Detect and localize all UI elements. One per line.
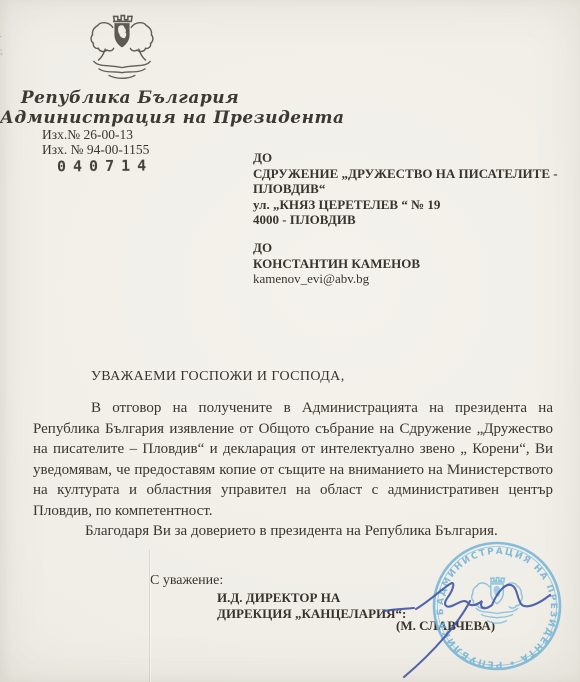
recipient-person-name: КОНСТАНТИН КАМЕНОВ: [253, 256, 561, 272]
margin-scribble: ·/′ ·׳ᵉ: [0, 26, 6, 58]
outgoing-ref-number-1: Изх.№ 26-00-13: [42, 127, 133, 143]
paper-fold-line: [149, 550, 150, 682]
recipient-org-street: ул. „КНЯЗ ЦЕРЕТЕЛЕВ “ № 19: [253, 197, 561, 213]
salutation: УВАЖАЕМИ ГОСПОЖИ И ГОСПОДА,: [91, 369, 345, 385]
coat-of-arms-icon: [80, 12, 164, 88]
recipient-org-city: 4000 - ПЛОВДИВ: [253, 212, 561, 228]
recipient-org-name: СДРУЖЕНИЕ „ДРУЖЕСТВО НА ПИСАТЕЛИТЕ - ПЛО…: [253, 166, 561, 197]
recipient-organization-block: ДО СДРУЖЕНИЕ „ДРУЖЕСТВО НА ПИСАТЕЛИТЕ - …: [253, 150, 561, 228]
closing-phrase: С уважение:: [150, 573, 223, 589]
registration-stamp-number: 040714: [57, 156, 153, 175]
handwritten-signature: [375, 540, 565, 682]
scanned-official-letter: ·/′ ·׳ᵉ Република България Администрация…: [0, 0, 580, 682]
recipient-email: kamenov_evi@abv.bg: [253, 271, 561, 287]
org-department: Администрация на Президента: [0, 108, 258, 128]
recipient-to-label: ДО: [253, 240, 561, 256]
body-paragraph-1: В отговор на получените в Администрацият…: [33, 398, 553, 521]
letter-body: В отговор на получените в Администрацият…: [33, 398, 553, 542]
org-name: Република България: [10, 88, 250, 108]
recipient-person-block: ДО КОНСТАНТИН КАМЕНОВ kamenov_evi@abv.bg: [253, 240, 561, 287]
recipient-to-label: ДО: [253, 150, 561, 166]
outgoing-ref-number-2: Изх. № 94-00-1155: [42, 142, 149, 158]
